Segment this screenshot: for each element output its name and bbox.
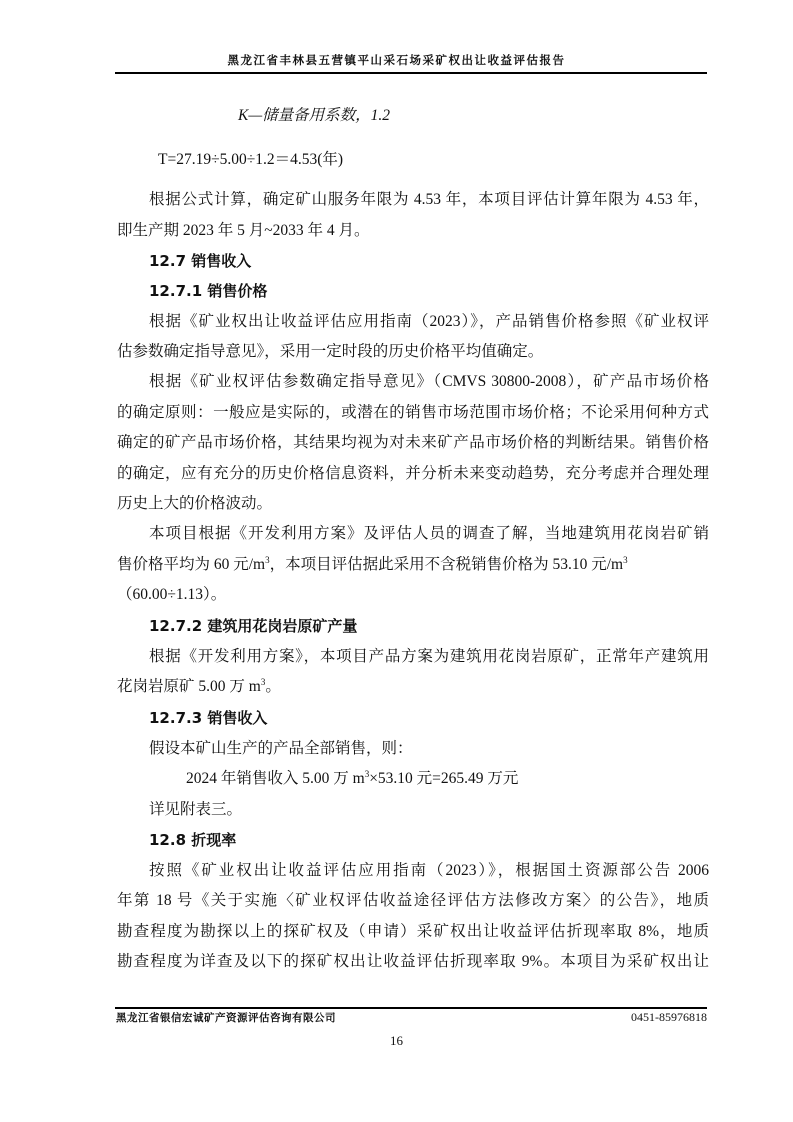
section-heading-12-7-1: 12.7.1 销售价格	[149, 281, 709, 301]
text-span: 。	[265, 678, 281, 695]
footer-phone: 0451-85976818	[631, 1010, 707, 1025]
text-span: ×53.10 元=265.49 万元	[369, 770, 518, 787]
paragraph-line: 花岗岩原矿 5.00 万 m3。	[117, 677, 709, 697]
section-heading-12-7-3: 12.7.3 销售收入	[149, 708, 709, 728]
k-definition: K—储量备用系数，1.2	[238, 106, 793, 126]
formula-t: T=27.19÷5.00÷1.2＝4.53(年)	[158, 150, 718, 170]
text-span: 花岗岩原矿 5.00 万 m	[117, 678, 261, 695]
paragraph-line: 根据《矿业权出让收益评估应用指南（2023）》，产品销售价格参照《矿业权评	[149, 312, 709, 332]
page-header-title: 黑龙江省丰林县五营镇平山采石场采矿权出让收益评估报告	[116, 52, 677, 68]
footer-company: 黑龙江省银信宏诚矿产资源评估咨询有限公司	[116, 1010, 336, 1025]
paragraph-line: 假设本矿山生产的产品全部销售，则：	[149, 739, 709, 759]
text-span: 售价格平均为 60 元/m	[117, 556, 265, 573]
paragraph-line: 勘查程度为详查及以下的探矿权出让收益评估折现率取 9%。本项目为采矿权出让	[117, 952, 709, 972]
section-heading-12-7: 12.7 销售收入	[149, 251, 709, 271]
revenue-formula: 2024 年销售收入 5.00 万 m3×53.10 元=265.49 万元	[186, 769, 778, 789]
paragraph-line: 确定的矿产品市场价格，其结果均视为对未来矿产品市场价格的判断结果。销售价格	[117, 433, 709, 453]
paragraph-line: 根据《开发利用方案》，本项目产品方案为建筑用花岗岩原矿，正常年产建筑用	[149, 647, 709, 667]
superscript: 3	[623, 555, 628, 565]
page-number: 16	[0, 1033, 793, 1049]
footer-rule	[115, 1007, 707, 1009]
paragraph-line: 根据《矿业权评估参数确定指导意见》（CMVS 30800-2008），矿产品市场…	[149, 372, 709, 392]
paragraph-line: 本项目根据《开发利用方案》及评估人员的调查了解，当地建筑用花岗岩矿销	[149, 524, 709, 544]
paragraph-line: （60.00÷1.13）。	[117, 585, 709, 605]
paragraph-line: 历史上大的价格波动。	[117, 494, 709, 514]
section-heading-12-8: 12.8 折现率	[149, 830, 709, 850]
paragraph-line: 售价格平均为 60 元/m3，本项目评估据此采用不含税销售价格为 53.10 元…	[117, 555, 709, 575]
paragraph-line: 即生产期 2023 年 5 月~2033 年 4 月。	[117, 221, 709, 241]
header-rule	[115, 72, 707, 74]
text-span: 2024 年销售收入 5.00 万 m	[186, 770, 365, 787]
text-span: ，本项目评估据此采用不含税销售价格为 53.10 元/m	[270, 556, 624, 573]
paragraph-line: 估参数确定指导意见》，采用一定时段的历史价格平均值确定。	[117, 342, 709, 362]
paragraph-line: 详见附表三。	[149, 800, 709, 820]
paragraph-line: 的确定，应有充分的历史价格信息资料，并分析未来变动趋势，充分考虑并合理处理	[117, 464, 709, 484]
section-heading-12-7-2: 12.7.2 建筑用花岗岩原矿产量	[149, 616, 709, 636]
paragraph-line: 勘查程度为勘探以上的探矿权及（申请）采矿权出让收益评估折现率取 8%，地质	[117, 922, 709, 942]
paragraph-line: 按照《矿业权出让收益评估应用指南（2023）》，根据国土资源部公告 2006	[149, 861, 709, 881]
paragraph-line: 根据公式计算，确定矿山服务年限为 4.53 年，本项目评估计算年限为 4.53 …	[149, 190, 709, 210]
paragraph-line: 年第 18 号《关于实施〈矿业权评估收益途径评估方法修改方案〉的公告》，地质	[117, 891, 709, 911]
paragraph-line: 的确定原则：一般应是实际的，或潜在的销售市场范围市场价格；不论采用何种方式	[117, 403, 709, 423]
